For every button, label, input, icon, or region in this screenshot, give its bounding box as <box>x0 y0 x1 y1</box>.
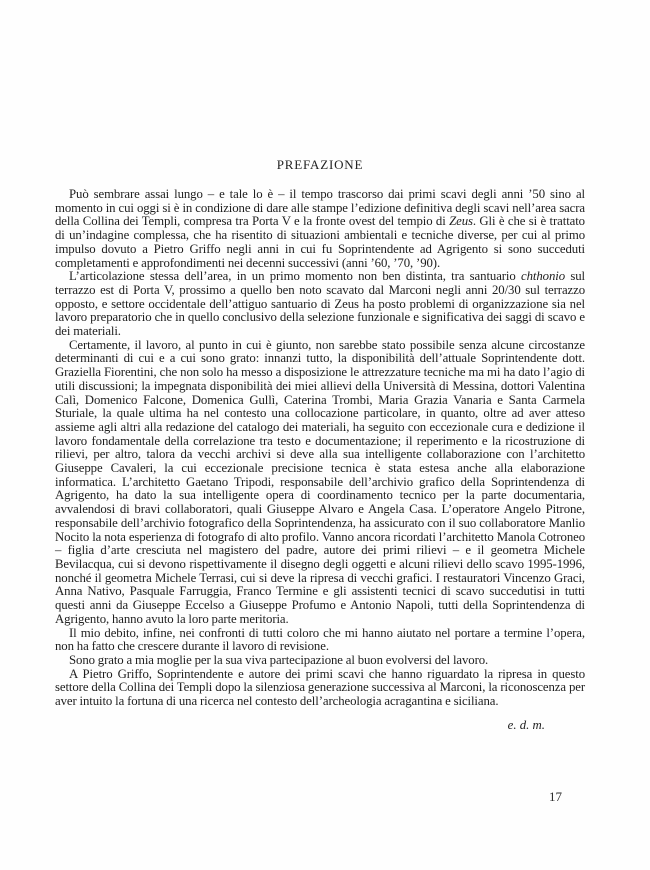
page-title: PREFAZIONE <box>0 157 640 173</box>
paragraph: Certamente, il lavoro, al punto in cui è… <box>55 339 585 627</box>
author-initials: e. d. m. <box>55 718 545 732</box>
text-run: Il mio debito, infine, nei confronti di … <box>55 626 585 654</box>
italic-term: Zeus <box>449 214 473 228</box>
paragraph: A Pietro Griffo, Soprintendente e autore… <box>55 668 585 709</box>
text-run: Certamente, il lavoro, al punto in cui è… <box>55 338 585 626</box>
text-run: Sono grato a mia moglie per la sua viva … <box>69 653 488 667</box>
text-run: L’articolazione stessa dell’area, in un … <box>69 269 521 283</box>
italic-term: chthonio <box>521 269 565 283</box>
paragraph: Può sembrare assai lungo – e tale lo è –… <box>55 188 585 270</box>
text-run: A Pietro Griffo, Soprintendente e autore… <box>55 667 585 708</box>
paragraph: L’articolazione stessa dell’area, in un … <box>55 270 585 339</box>
preface-body: Può sembrare assai lungo – e tale lo è –… <box>55 188 585 732</box>
paragraph: Sono grato a mia moglie per la sua viva … <box>55 654 585 668</box>
page-number: 17 <box>549 789 562 805</box>
book-page: PREFAZIONE Può sembrare assai lungo – e … <box>0 0 650 870</box>
paragraph: Il mio debito, infine, nei confronti di … <box>55 627 585 654</box>
